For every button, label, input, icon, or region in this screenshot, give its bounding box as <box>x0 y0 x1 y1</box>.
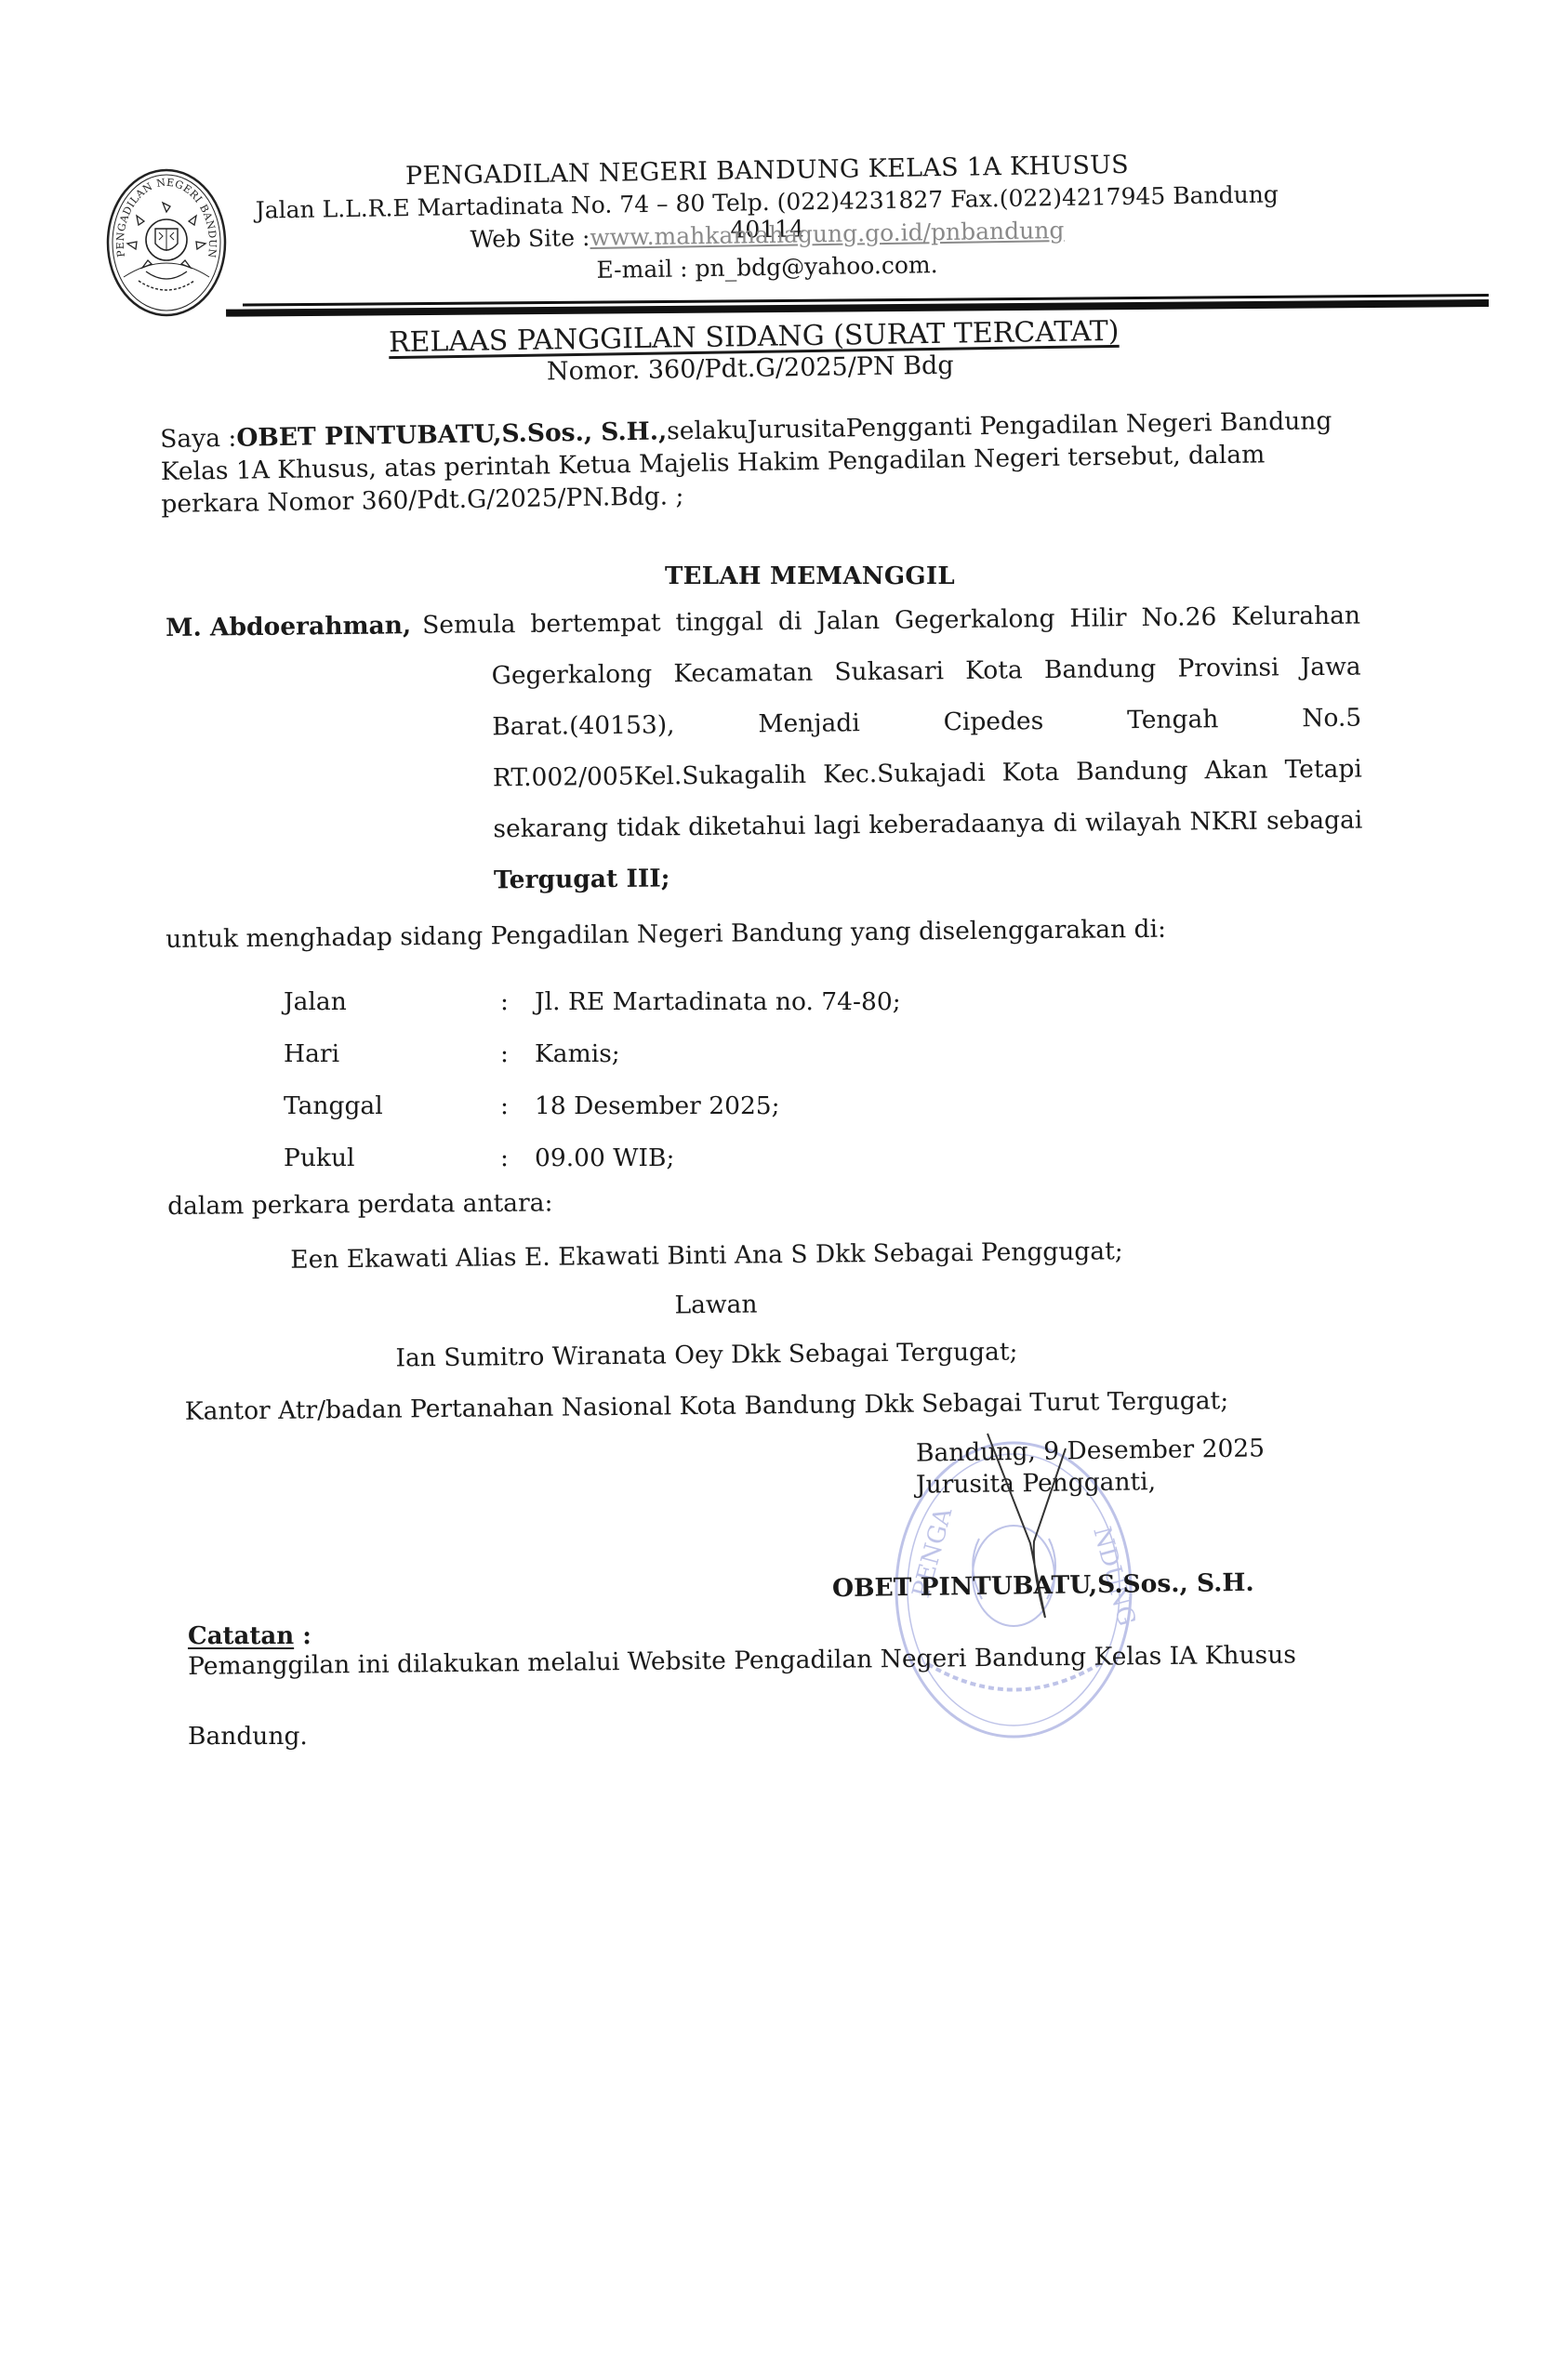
address-word: No.26 <box>1141 602 1216 641</box>
address-word: Sukasari <box>834 656 944 686</box>
document-number: Nomor. 360/Pdt.G/2025/PN Bdg <box>547 351 954 387</box>
summoned-party-role: Tergugat III; <box>494 864 670 894</box>
signatory-name: OBET PINTUBATU,S.Sos., S.H. <box>832 1568 1254 1603</box>
hearing-value: 09.00 WIB; <box>535 1144 674 1172</box>
defendant-line: Ian Sumitro Wiranata Oey Dkk Sebagai Ter… <box>56 1334 1358 1377</box>
address-word: bertempat <box>530 608 661 646</box>
party-first-line: M. Abdoerahman, Semulabertempattinggaldi… <box>166 602 1360 651</box>
address-word: Akan <box>1204 756 1267 786</box>
address-word: Kelurahan <box>1231 602 1360 640</box>
co-defendant-line: Kantor Atr/badan Pertanahan Nasional Kot… <box>56 1385 1358 1428</box>
document-title: RELAAS PANGGILAN SIDANG (SURAT TERCATAT) <box>389 315 1120 359</box>
intro-prefix: Saya : <box>160 424 237 454</box>
party-role-line: Tergugat III; <box>494 857 1363 895</box>
address-word: Tengah <box>1127 705 1219 734</box>
address-word: Jawa <box>1301 653 1361 682</box>
address-word: Jalan <box>816 606 880 644</box>
address-line-1: GegerkalongKecamatanSukasariKotaBandungP… <box>492 653 1361 691</box>
civil-case-intro: dalam perkara perdata antara: <box>167 1188 553 1221</box>
hearing-value: Jl. RE Martadinata no. 74-80; <box>535 987 901 1016</box>
address-word: Menjadi <box>758 708 860 738</box>
note-label-suffix: : <box>294 1622 312 1650</box>
versus-line: Lawan <box>65 1284 1367 1327</box>
address-word: lagi <box>814 811 860 840</box>
address-word: No.5 <box>1302 704 1361 734</box>
called-heading: TELAH MEMANGGIL <box>665 562 955 590</box>
letterhead-divider <box>226 294 1489 319</box>
address-word: Kota <box>1002 758 1060 787</box>
address-word: Bandung <box>1044 654 1157 684</box>
address-line-3: RT.002/005Kel.SukagalihKec.SukajadiKotaB… <box>493 755 1362 793</box>
address-word: RT.002/005Kel.Sukagalih <box>493 760 807 793</box>
hearing-label: Pukul <box>284 1144 355 1172</box>
address-word: Kota <box>965 655 1023 685</box>
address-word: diketahui <box>688 812 806 841</box>
address-word: di <box>1053 809 1077 838</box>
summoned-party-block: M. Abdoerahman, Semulabertempattinggaldi… <box>166 602 1360 614</box>
hearing-colon: : <box>500 1144 509 1172</box>
address-line-2: Barat.(40153),MenjadiCipedesTengahNo.5 <box>492 704 1361 742</box>
address-word: di <box>778 607 802 644</box>
court-emblem-icon: PENGADILAN NEGERI BANDUNG <box>105 167 228 318</box>
hearing-colon: : <box>500 987 509 1016</box>
website-label: Web Site : <box>470 224 590 253</box>
address-word: Kecamatan <box>673 658 813 689</box>
address-word: Gegerkalong <box>895 604 1055 643</box>
note-label: Catatan : <box>188 1622 312 1650</box>
hearing-colon: : <box>500 1039 509 1068</box>
address-word: Bandung <box>1076 756 1188 786</box>
officer-name: OBET PINTUBATU,S.Sos., S.H., <box>236 416 667 452</box>
svg-text:PENGADILAN NEGERI BANDUNG: PENGADILAN NEGERI BANDUNG <box>105 167 219 258</box>
hearing-value: Kamis; <box>535 1039 620 1068</box>
note-text-line-2: Bandung. <box>188 1722 308 1751</box>
address-word: Semula <box>422 610 516 648</box>
address-word: keberadaanya <box>868 809 1045 840</box>
address-word: Barat.(40153), <box>492 710 675 741</box>
address-word: sebagai <box>1266 806 1363 836</box>
address-word: Gegerkalong <box>492 660 653 691</box>
address-word: tidak <box>616 813 680 842</box>
note-label-text: Catatan <box>188 1622 294 1650</box>
hearing-value: 18 Desember 2025; <box>535 1091 780 1120</box>
address-line-4: sekarangtidakdiketahuilagikeberadaanyadi… <box>493 806 1362 844</box>
address-word: Provinsi <box>1177 653 1279 682</box>
address-word: NKRI <box>1189 807 1258 837</box>
plaintiff-line: Een Ekawati Alias E. Ekawati Binti Ana S… <box>56 1235 1358 1277</box>
hearing-intro: untuk menghadap sidang Pengadilan Negeri… <box>166 915 1166 954</box>
intro-paragraph: Saya :OBET PINTUBATU,S.Sos., S.H.,selaku… <box>160 404 1370 521</box>
summoned-party-name: M. Abdoerahman, <box>166 611 411 651</box>
address-word: Kec.Sukajadi <box>823 759 986 789</box>
hearing-colon: : <box>500 1091 509 1120</box>
address-word: Tetapi <box>1284 755 1362 785</box>
address-line-0: SemulabertempattinggaldiJalanGegerkalong… <box>422 602 1360 649</box>
address-word: sekarang <box>493 813 608 843</box>
hearing-label: Jalan <box>284 987 347 1016</box>
address-word: Cipedes <box>943 707 1043 736</box>
hearing-label: Hari <box>284 1039 339 1068</box>
hearing-label: Tanggal <box>284 1091 383 1120</box>
signature-place-date: Bandung, 9 Desember 2025 <box>916 1434 1265 1467</box>
address-word: tinggal <box>675 607 763 645</box>
address-word: wilayah <box>1085 808 1182 838</box>
address-word: Hilir <box>1069 603 1127 641</box>
